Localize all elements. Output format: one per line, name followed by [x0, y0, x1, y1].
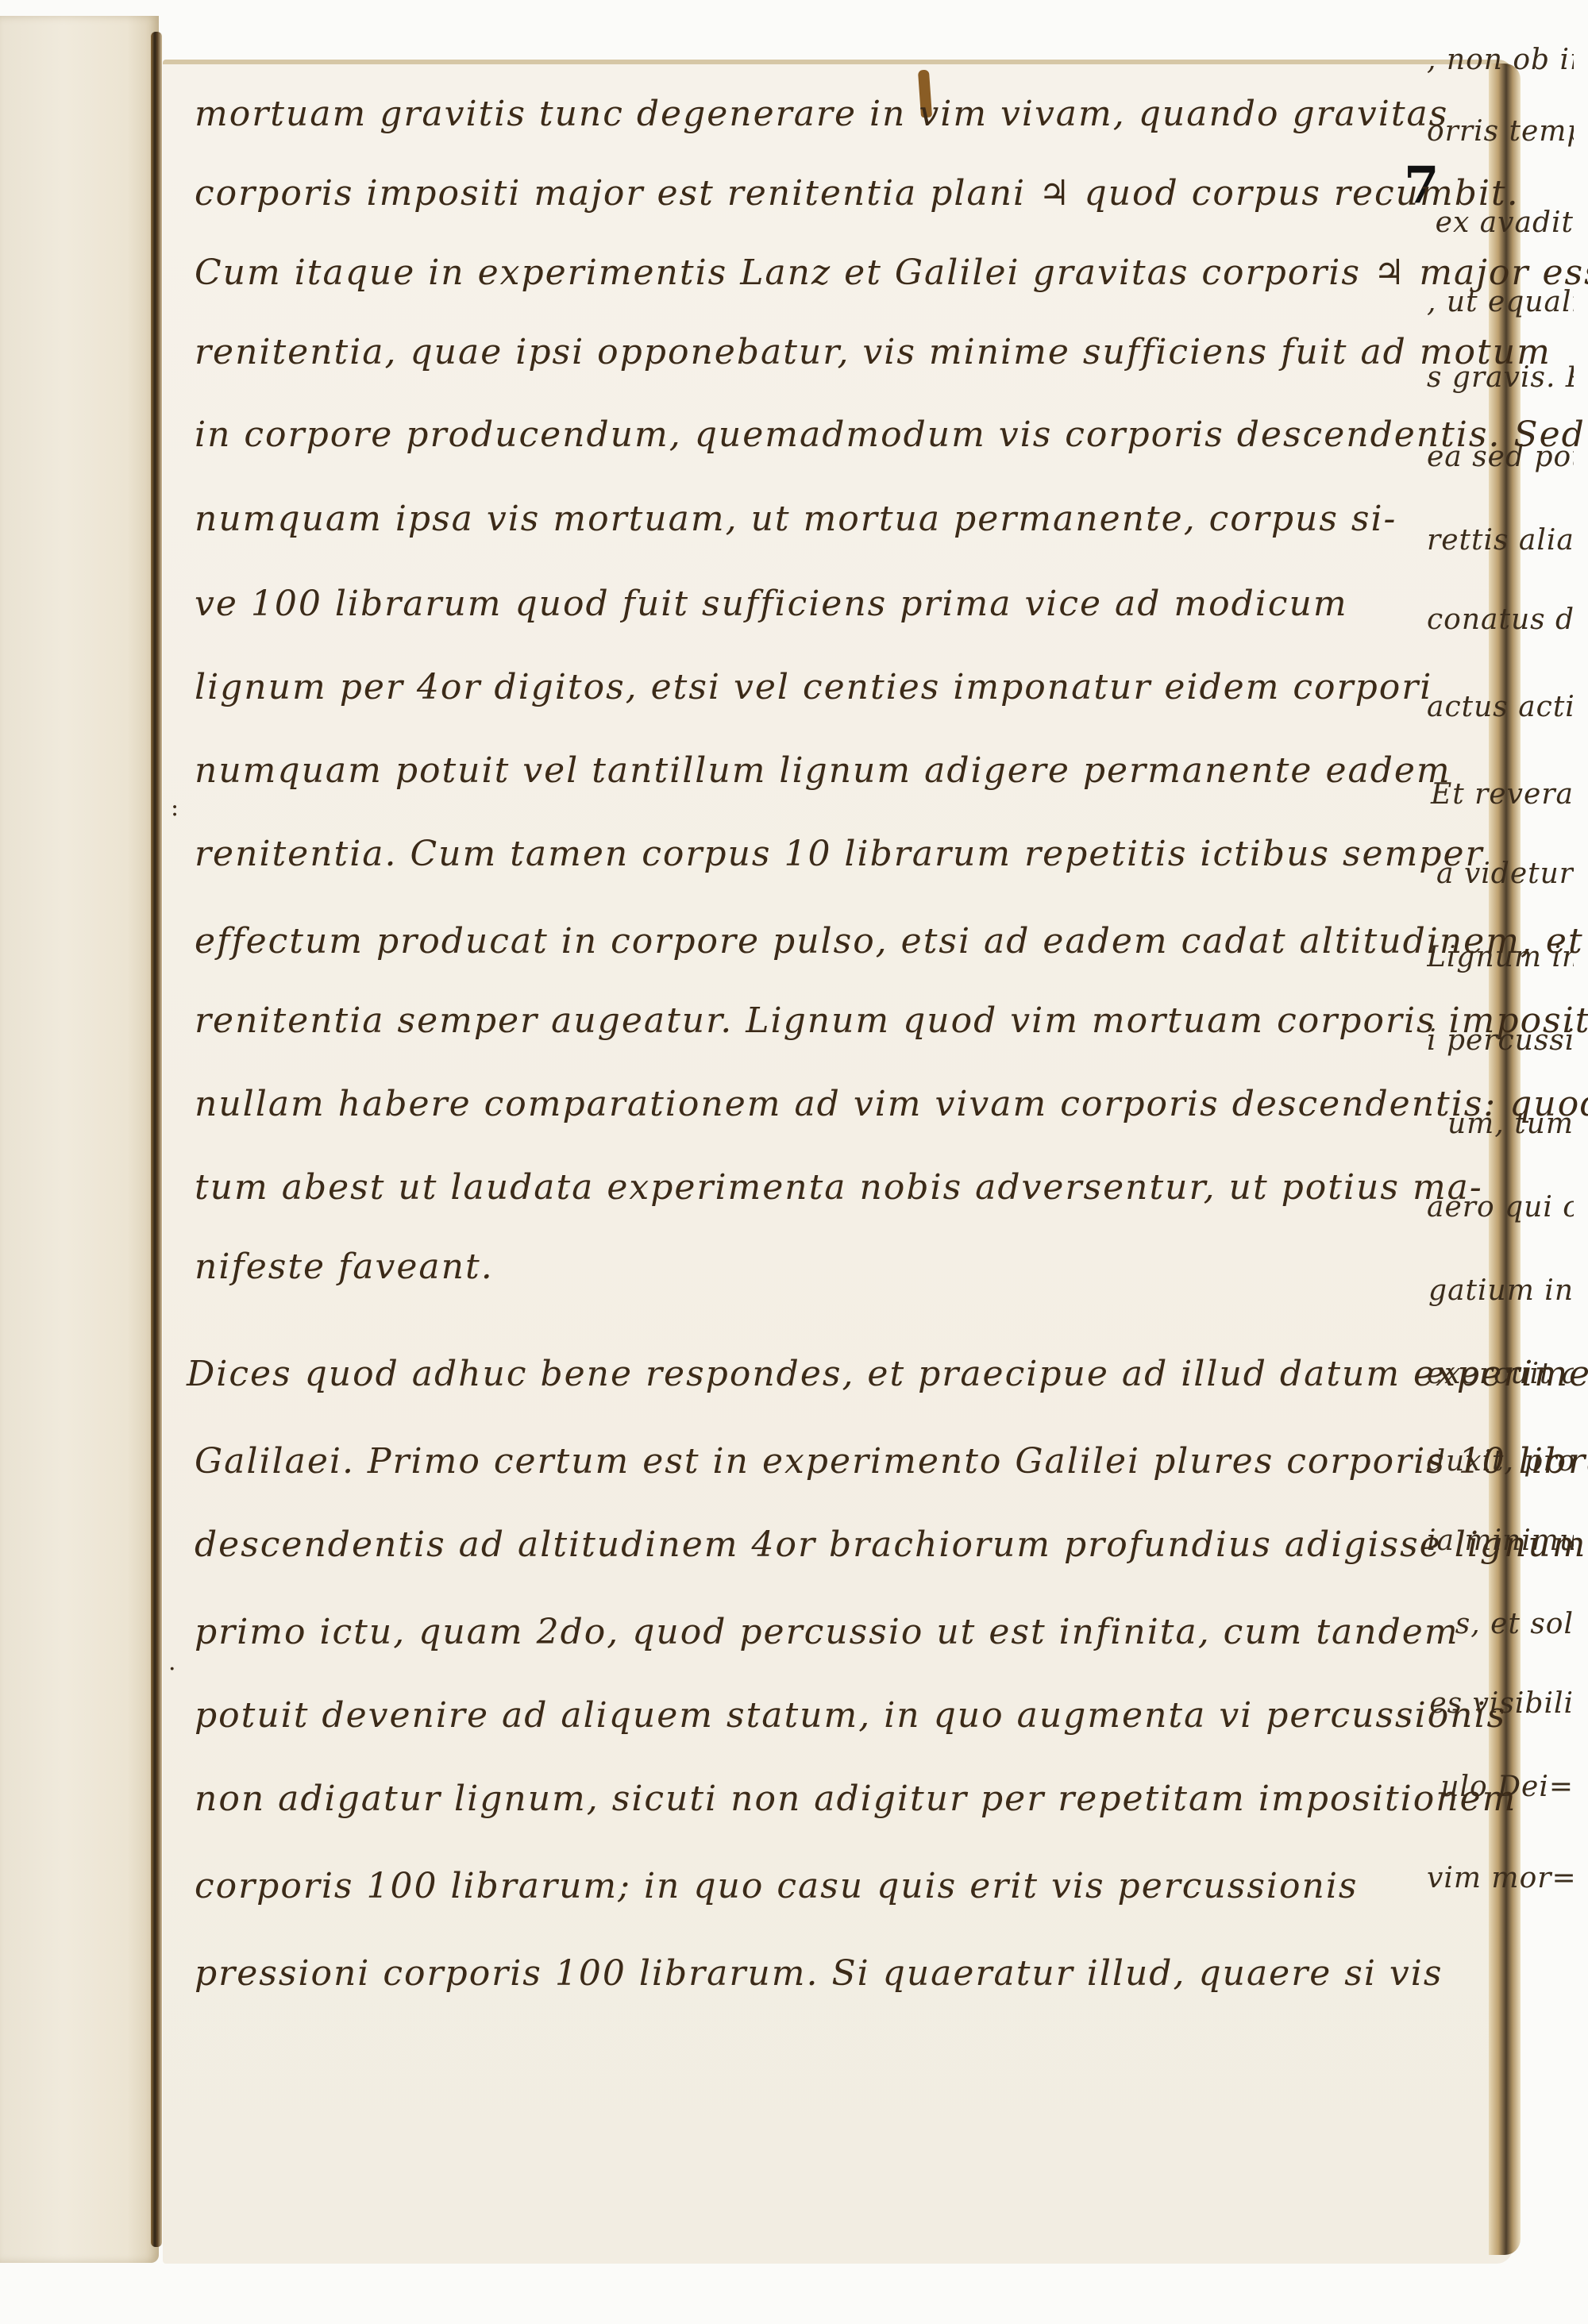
- manuscript-line: renitentia semper augeatur. Lignum quod …: [195, 1000, 1588, 1041]
- left-page-line: vim mor=: [1427, 1862, 1574, 1894]
- margin-mark: :: [171, 794, 179, 822]
- manuscript-line: primo ictu, quam 2do, quod percussio ut …: [195, 1612, 1459, 1652]
- manuscript-line: numquam potuit vel tantillum lignum adig…: [195, 750, 1451, 791]
- book-gutter: [151, 32, 162, 2247]
- manuscript-line: lignum per 4or digitos, etsi vel centies…: [195, 667, 1432, 707]
- manuscript-line: effectum producat in corpore pulso, etsi…: [195, 921, 1584, 962]
- manuscript-line: ve 100 librarum quod fuit sufficiens pri…: [195, 584, 1348, 624]
- manuscript-line: renitentia, quae ipsi opponebatur, vis m…: [195, 332, 1551, 372]
- manuscript-line: Dices quod adhuc bene respondes, et prae…: [187, 1354, 1588, 1394]
- left-page-fragment: [0, 16, 159, 2263]
- left-page-line: , non ob in: [1427, 44, 1574, 76]
- manuscript-line: corporis impositi major est renitentia p…: [195, 173, 1520, 214]
- manuscript-line: pressioni corporis 100 librarum. Si quae…: [195, 1953, 1443, 1994]
- left-page-line: rettis alia=: [1427, 524, 1574, 557]
- manuscript-line: tum abest ut laudata experimenta nobis a…: [195, 1167, 1483, 1208]
- left-page-line: actus actio: [1427, 691, 1574, 723]
- manuscript-line: descendentis ad altitudinem 4or brachior…: [195, 1524, 1586, 1565]
- manuscript-line: renitentia. Cum tamen corpus 10 librarum…: [195, 834, 1484, 874]
- left-page-line: conatus de: [1427, 603, 1574, 636]
- manuscript-line: numquam ipsa vis mortuam, ut mortua perm…: [195, 499, 1397, 539]
- manuscript-line: potuit devenire ad aliquem statum, in qu…: [195, 1695, 1506, 1736]
- manuscript-line: non adigatur lignum, sicuti non adigitur…: [195, 1779, 1517, 1819]
- manuscript-line: in corpore producendum, quemadmodum vis …: [195, 414, 1586, 455]
- margin-mark: ·: [168, 1655, 176, 1683]
- manuscript-line: nifeste faveant.: [195, 1247, 494, 1287]
- manuscript-line: Galilaei. Primo certum est in experiment…: [195, 1441, 1588, 1482]
- manuscript-line: nullam habere comparationem ad vim vivam…: [195, 1084, 1588, 1124]
- manuscript-line: Cum itaque in experimentis Lanz et Galil…: [195, 252, 1588, 293]
- manuscript-line: corporis 100 librarum; in quo casu quis …: [195, 1866, 1358, 1906]
- left-page-line: orris tempore: [1427, 115, 1574, 148]
- manuscript-page: [163, 60, 1513, 2264]
- left-page-line: gatium in: [1427, 1274, 1574, 1307]
- manuscript-line: mortuam gravitis tunc degenerare in vim …: [195, 94, 1448, 134]
